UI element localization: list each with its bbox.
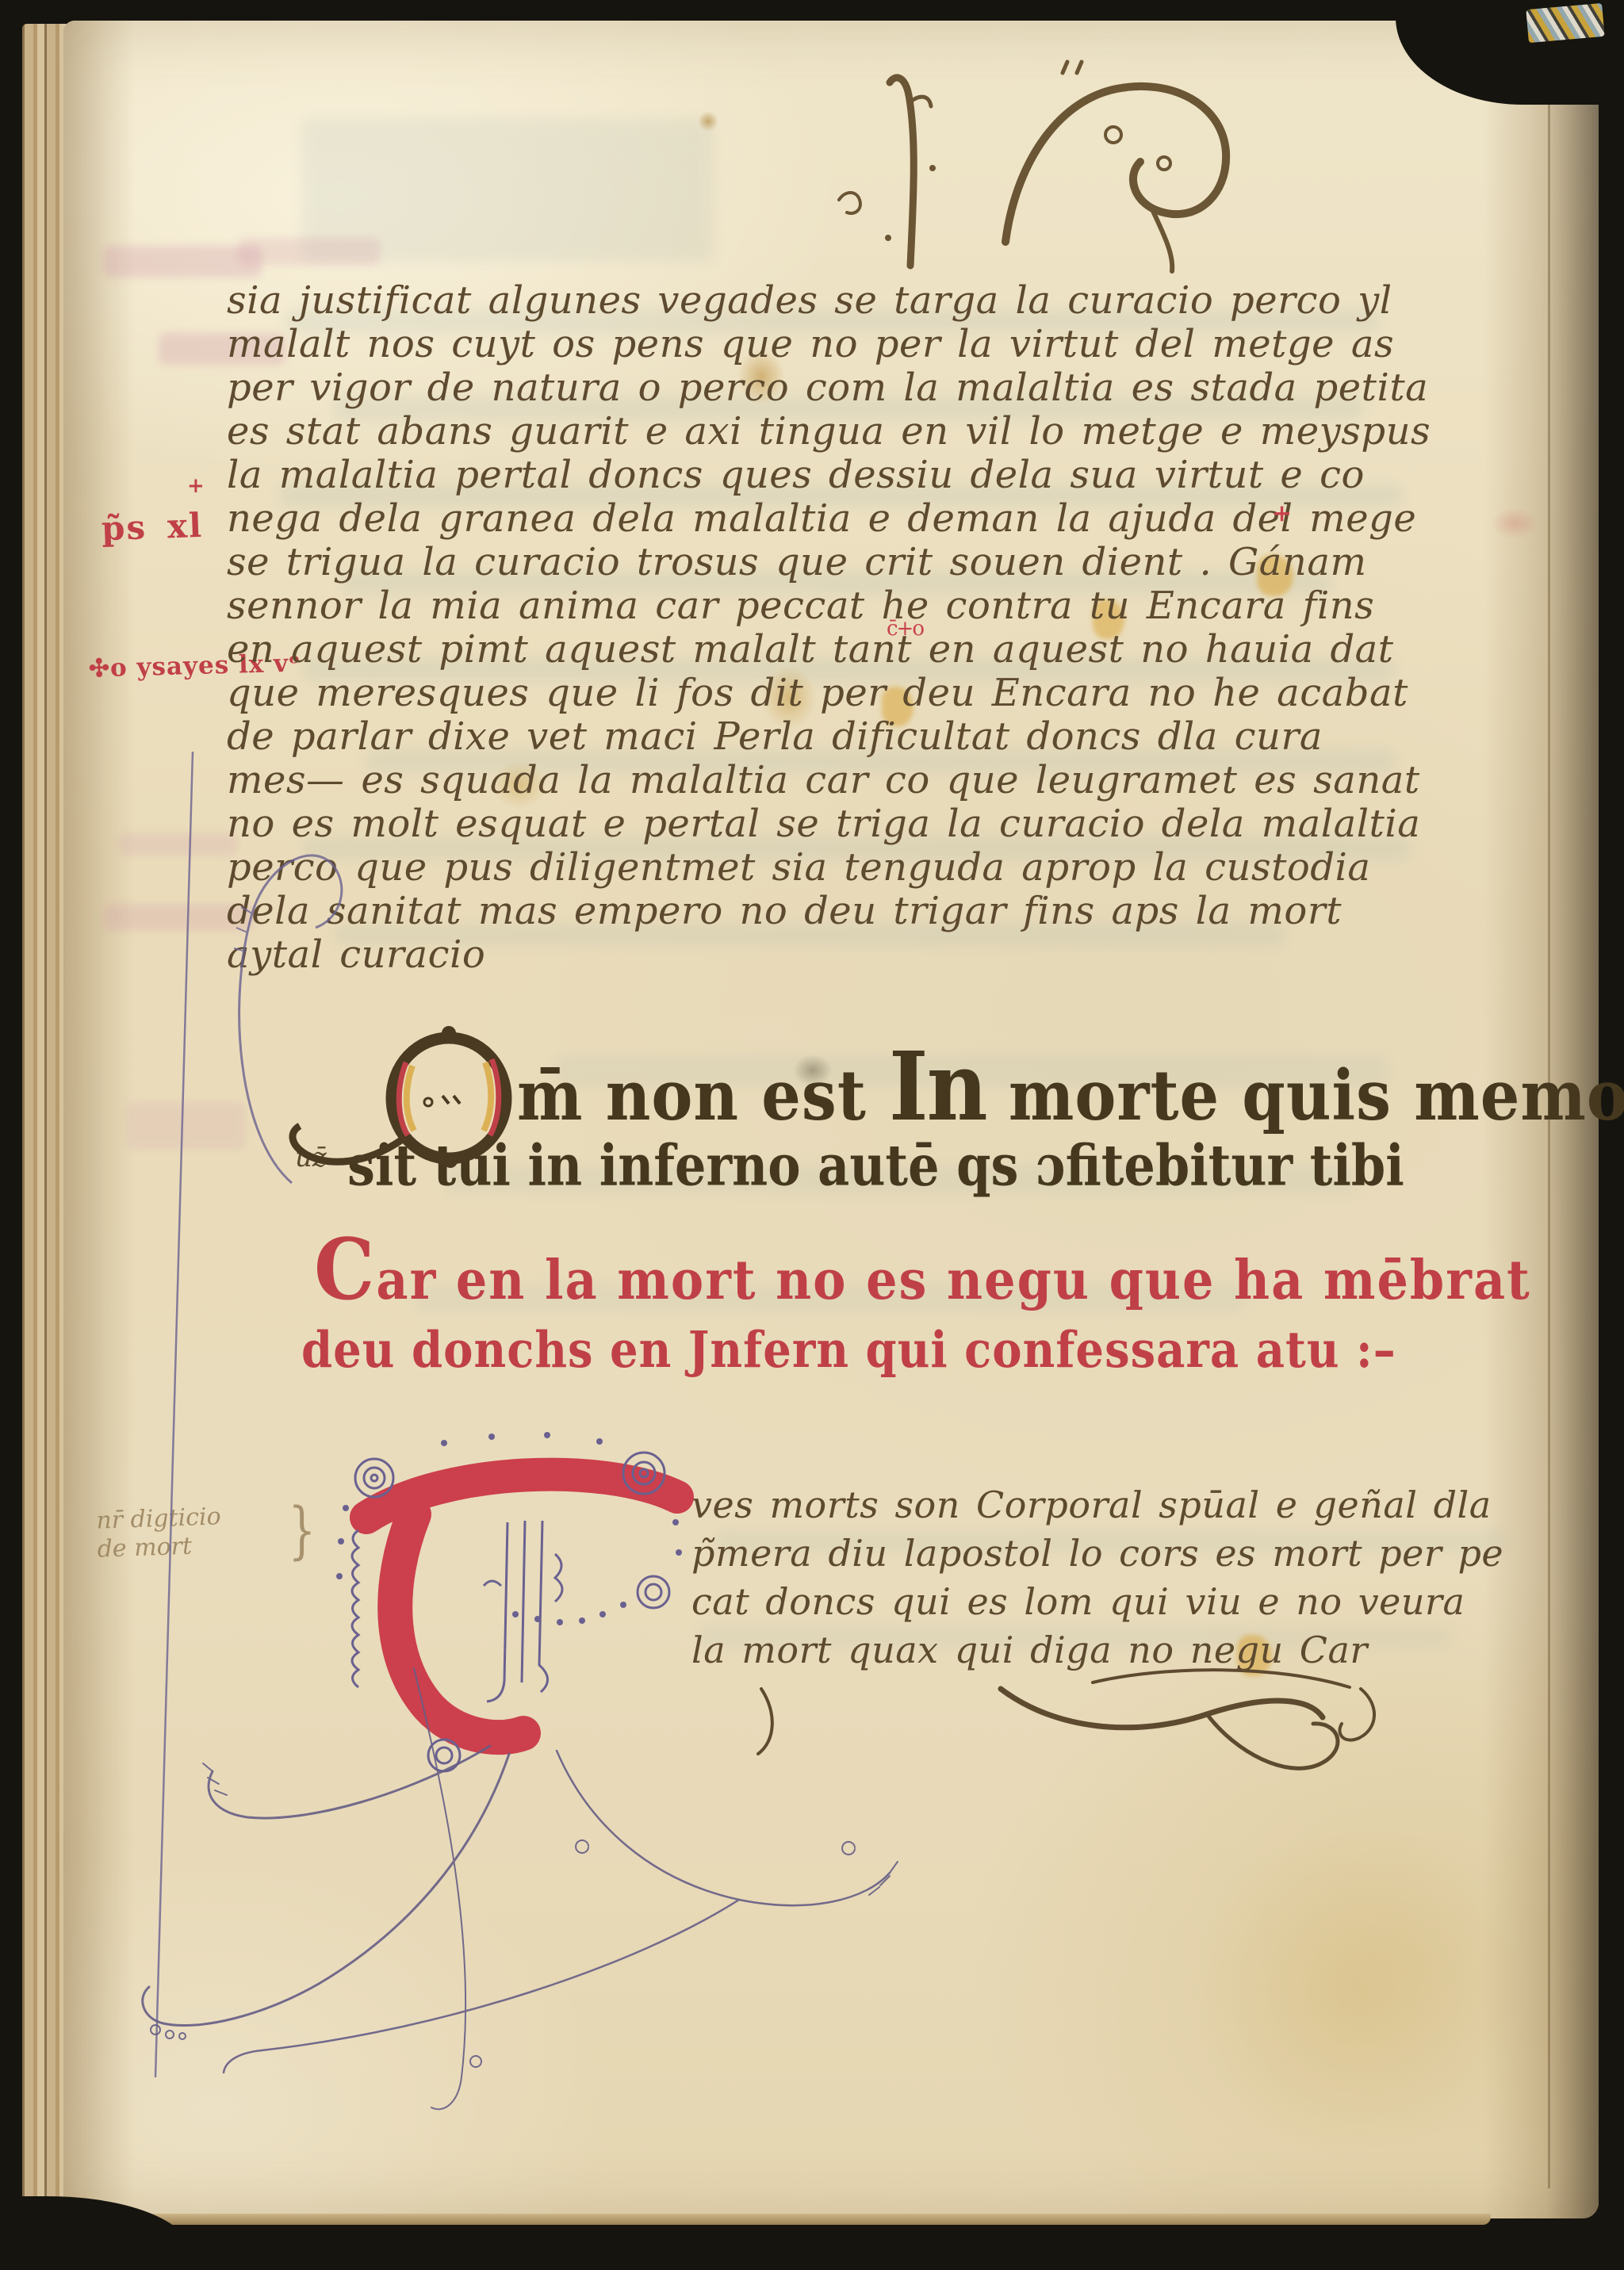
- margin-note-brace: }: [288, 1495, 316, 1567]
- fore-edge-fold: [1548, 95, 1550, 2188]
- rubric-line-2: deu donchs en Jnfern qui confessara atu …: [301, 1321, 1396, 1380]
- text-line: dela sanitat mas empero no deu trigar fi…: [227, 890, 1496, 933]
- text-line: que meresques que li fos dit per deu Enc…: [227, 672, 1496, 715]
- text-line: malalt nos cuyt os pens que no per la vi…: [227, 323, 1496, 366]
- red-cross-over-ganam: +: [1272, 500, 1292, 527]
- text-line: la malaltia pertal doncs ques dessiu del…: [227, 454, 1496, 497]
- rubric-text: ar en la mort no es negu que ha mēbrat: [376, 1248, 1530, 1311]
- margin-cross-mark: +: [187, 474, 205, 498]
- psalm-number: xl: [167, 506, 204, 546]
- text-line: nega dela granea dela malaltia e deman l…: [227, 497, 1496, 541]
- text-line: no es molt esquat e pertal se triga la c…: [227, 802, 1496, 846]
- main-text-paragraph-1: sia justificat algunes vegades se targa …: [227, 279, 1496, 977]
- text-line: se trigua la curacio trosus que crit sou…: [227, 541, 1496, 584]
- text-line: sennor la mia anima car peccat he contra…: [227, 584, 1496, 628]
- text-line: la mort quax qui diga no negu Car: [691, 1626, 1619, 1675]
- red-correction-mark: c̄+o: [887, 617, 923, 641]
- margin-note-line: nr̄ digticio: [96, 1502, 221, 1535]
- lemma-text: m̄ non est: [517, 1055, 867, 1136]
- book-gutter-page-edges: [22, 24, 67, 2218]
- text-line: mes— es squada la malaltia car co que le…: [227, 759, 1496, 802]
- lemma-large-In: In: [889, 1031, 986, 1142]
- rubric-line-1: Car en la mort no es negu que ha mēbrat: [314, 1248, 1531, 1311]
- psalm-abbrev: p̃s: [101, 507, 147, 548]
- gutter-shadow: [63, 21, 135, 2218]
- text-line: perco que pus diligentmet sia tenguda ap…: [227, 846, 1496, 890]
- text-line: sia justificat algunes vegades se targa …: [227, 279, 1496, 323]
- margin-note-de-mort: nr̄ digticio de mort: [96, 1502, 223, 1564]
- text-line: aytal curacio: [227, 933, 1496, 977]
- background-bottom: [0, 2226, 1624, 2270]
- text-line: es stat abans guarit e axi tingua en vil…: [227, 410, 1496, 454]
- text-line: cat doncs qui es lom qui viu e no veura: [691, 1578, 1619, 1626]
- text-line: en aquest pimt aquest malalt tant en aqu…: [227, 628, 1496, 672]
- main-text-paragraph-2: ves morts son Corporal spūal e geñal dla…: [691, 1481, 1619, 1675]
- text-line: ves morts son Corporal spūal e geñal dla: [691, 1481, 1619, 1529]
- braided-endband: [1526, 3, 1604, 43]
- text-line: p̃mera diu lapostol lo cors es mort per …: [691, 1529, 1619, 1578]
- margin-note-psalm-ref: p̃sxl: [101, 506, 204, 548]
- margin-note-line: de mort: [97, 1531, 222, 1564]
- text-line: per vigor de natura o perco com la malal…: [227, 366, 1496, 410]
- text-line: de parlar dixe vet maci Perla dificultat…: [227, 715, 1496, 759]
- lemma-squiggle: uz̄: [295, 1142, 327, 1173]
- psalm-lemma-line-2: sit tui in inferno autē qs ɔfitebitur ti…: [347, 1132, 1404, 1199]
- manuscript-photo: + p̃sxl ✣o ysayes lx vᵒ nr̄ digticio de …: [0, 0, 1624, 2270]
- rubric-initial-C: C: [314, 1220, 376, 1319]
- psalm-lemma-line-1: m̄ non est In morte quis memoz: [517, 1031, 1624, 1142]
- page-bottom-edge: [95, 2214, 1491, 2225]
- lemma-text: morte quis memoz: [1009, 1055, 1624, 1136]
